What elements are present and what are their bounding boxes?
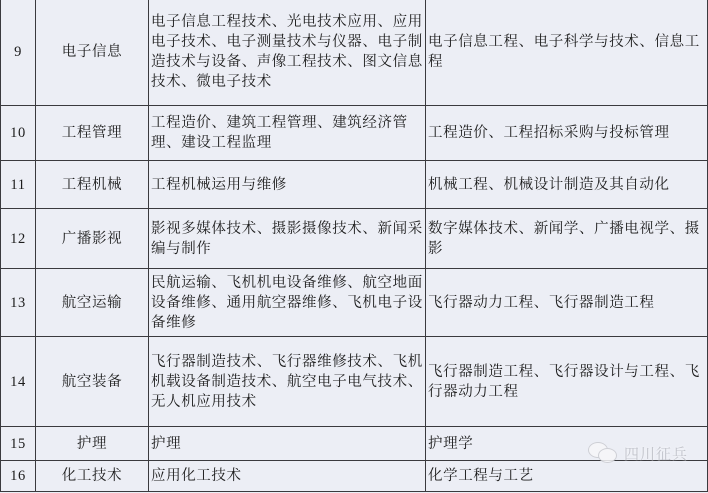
majors-table: 9 电子信息 电子信息工程技术、光电技术应用、应用电子技术、电子测量技术与仪器、…: [0, 0, 708, 492]
undergraduate-majors-cell: 护理学: [426, 427, 708, 461]
table-row: 10 工程管理 工程造价、建筑工程管理、建筑经济管理、建设工程监理 工程造价、工…: [1, 106, 708, 161]
undergraduate-majors-cell: 机械工程、机械设计制造及其自动化: [426, 161, 708, 209]
vocational-majors-cell: 应用化工技术: [149, 461, 426, 492]
row-number: 11: [1, 161, 36, 209]
undergraduate-majors-cell: 工程造价、工程招标采购与投标管理: [426, 106, 708, 161]
undergraduate-majors-cell: 数字媒体技术、新闻学、广播电视学、摄影: [426, 209, 708, 269]
vocational-majors-cell: 电子信息工程技术、光电技术应用、应用电子技术、电子测量技术与仪器、电子制造技术与…: [149, 0, 426, 106]
row-number: 16: [1, 461, 36, 492]
vocational-majors-cell: 民航运输、飞机机电设备维修、航空地面设备维修、通用航空器维修、飞机电子设备维修: [149, 269, 426, 337]
vocational-majors-cell: 影视多媒体技术、摄影摄像技术、新闻采编与制作: [149, 209, 426, 269]
row-number: 9: [1, 0, 36, 106]
vocational-majors-cell: 工程造价、建筑工程管理、建筑经济管理、建设工程监理: [149, 106, 426, 161]
table-row: 15 护理 护理 护理学: [1, 427, 708, 461]
undergraduate-majors-cell: 飞行器动力工程、飞行器制造工程: [426, 269, 708, 337]
vocational-majors-cell: 护理: [149, 427, 426, 461]
undergraduate-majors-cell: 化学工程与工艺: [426, 461, 708, 492]
row-number: 10: [1, 106, 36, 161]
row-number: 14: [1, 337, 36, 427]
table-row: 9 电子信息 电子信息工程技术、光电技术应用、应用电子技术、电子测量技术与仪器、…: [1, 0, 708, 106]
vocational-majors-cell: 飞行器制造技术、飞行器维修技术、飞机机载设备制造技术、航空电子电气技术、无人机应…: [149, 337, 426, 427]
category-cell: 航空运输: [36, 269, 149, 337]
table-row: 12 广播影视 影视多媒体技术、摄影摄像技术、新闻采编与制作 数字媒体技术、新闻…: [1, 209, 708, 269]
table-row: 16 化工技术 应用化工技术 化学工程与工艺: [1, 461, 708, 492]
table-row: 14 航空装备 飞行器制造技术、飞行器维修技术、飞机机载设备制造技术、航空电子电…: [1, 337, 708, 427]
undergraduate-majors-cell: 电子信息工程、电子科学与技术、信息工程: [426, 0, 708, 106]
undergraduate-majors-cell: 飞行器制造工程、飞行器设计与工程、飞行器动力工程: [426, 337, 708, 427]
category-cell: 工程机械: [36, 161, 149, 209]
category-cell: 航空装备: [36, 337, 149, 427]
vocational-majors-cell: 工程机械运用与维修: [149, 161, 426, 209]
row-number: 13: [1, 269, 36, 337]
category-cell: 工程管理: [36, 106, 149, 161]
category-cell: 化工技术: [36, 461, 149, 492]
row-number: 15: [1, 427, 36, 461]
category-cell: 护理: [36, 427, 149, 461]
table-row: 11 工程机械 工程机械运用与维修 机械工程、机械设计制造及其自动化: [1, 161, 708, 209]
category-cell: 广播影视: [36, 209, 149, 269]
row-number: 12: [1, 209, 36, 269]
category-cell: 电子信息: [36, 0, 149, 106]
table-row: 13 航空运输 民航运输、飞机机电设备维修、航空地面设备维修、通用航空器维修、飞…: [1, 269, 708, 337]
